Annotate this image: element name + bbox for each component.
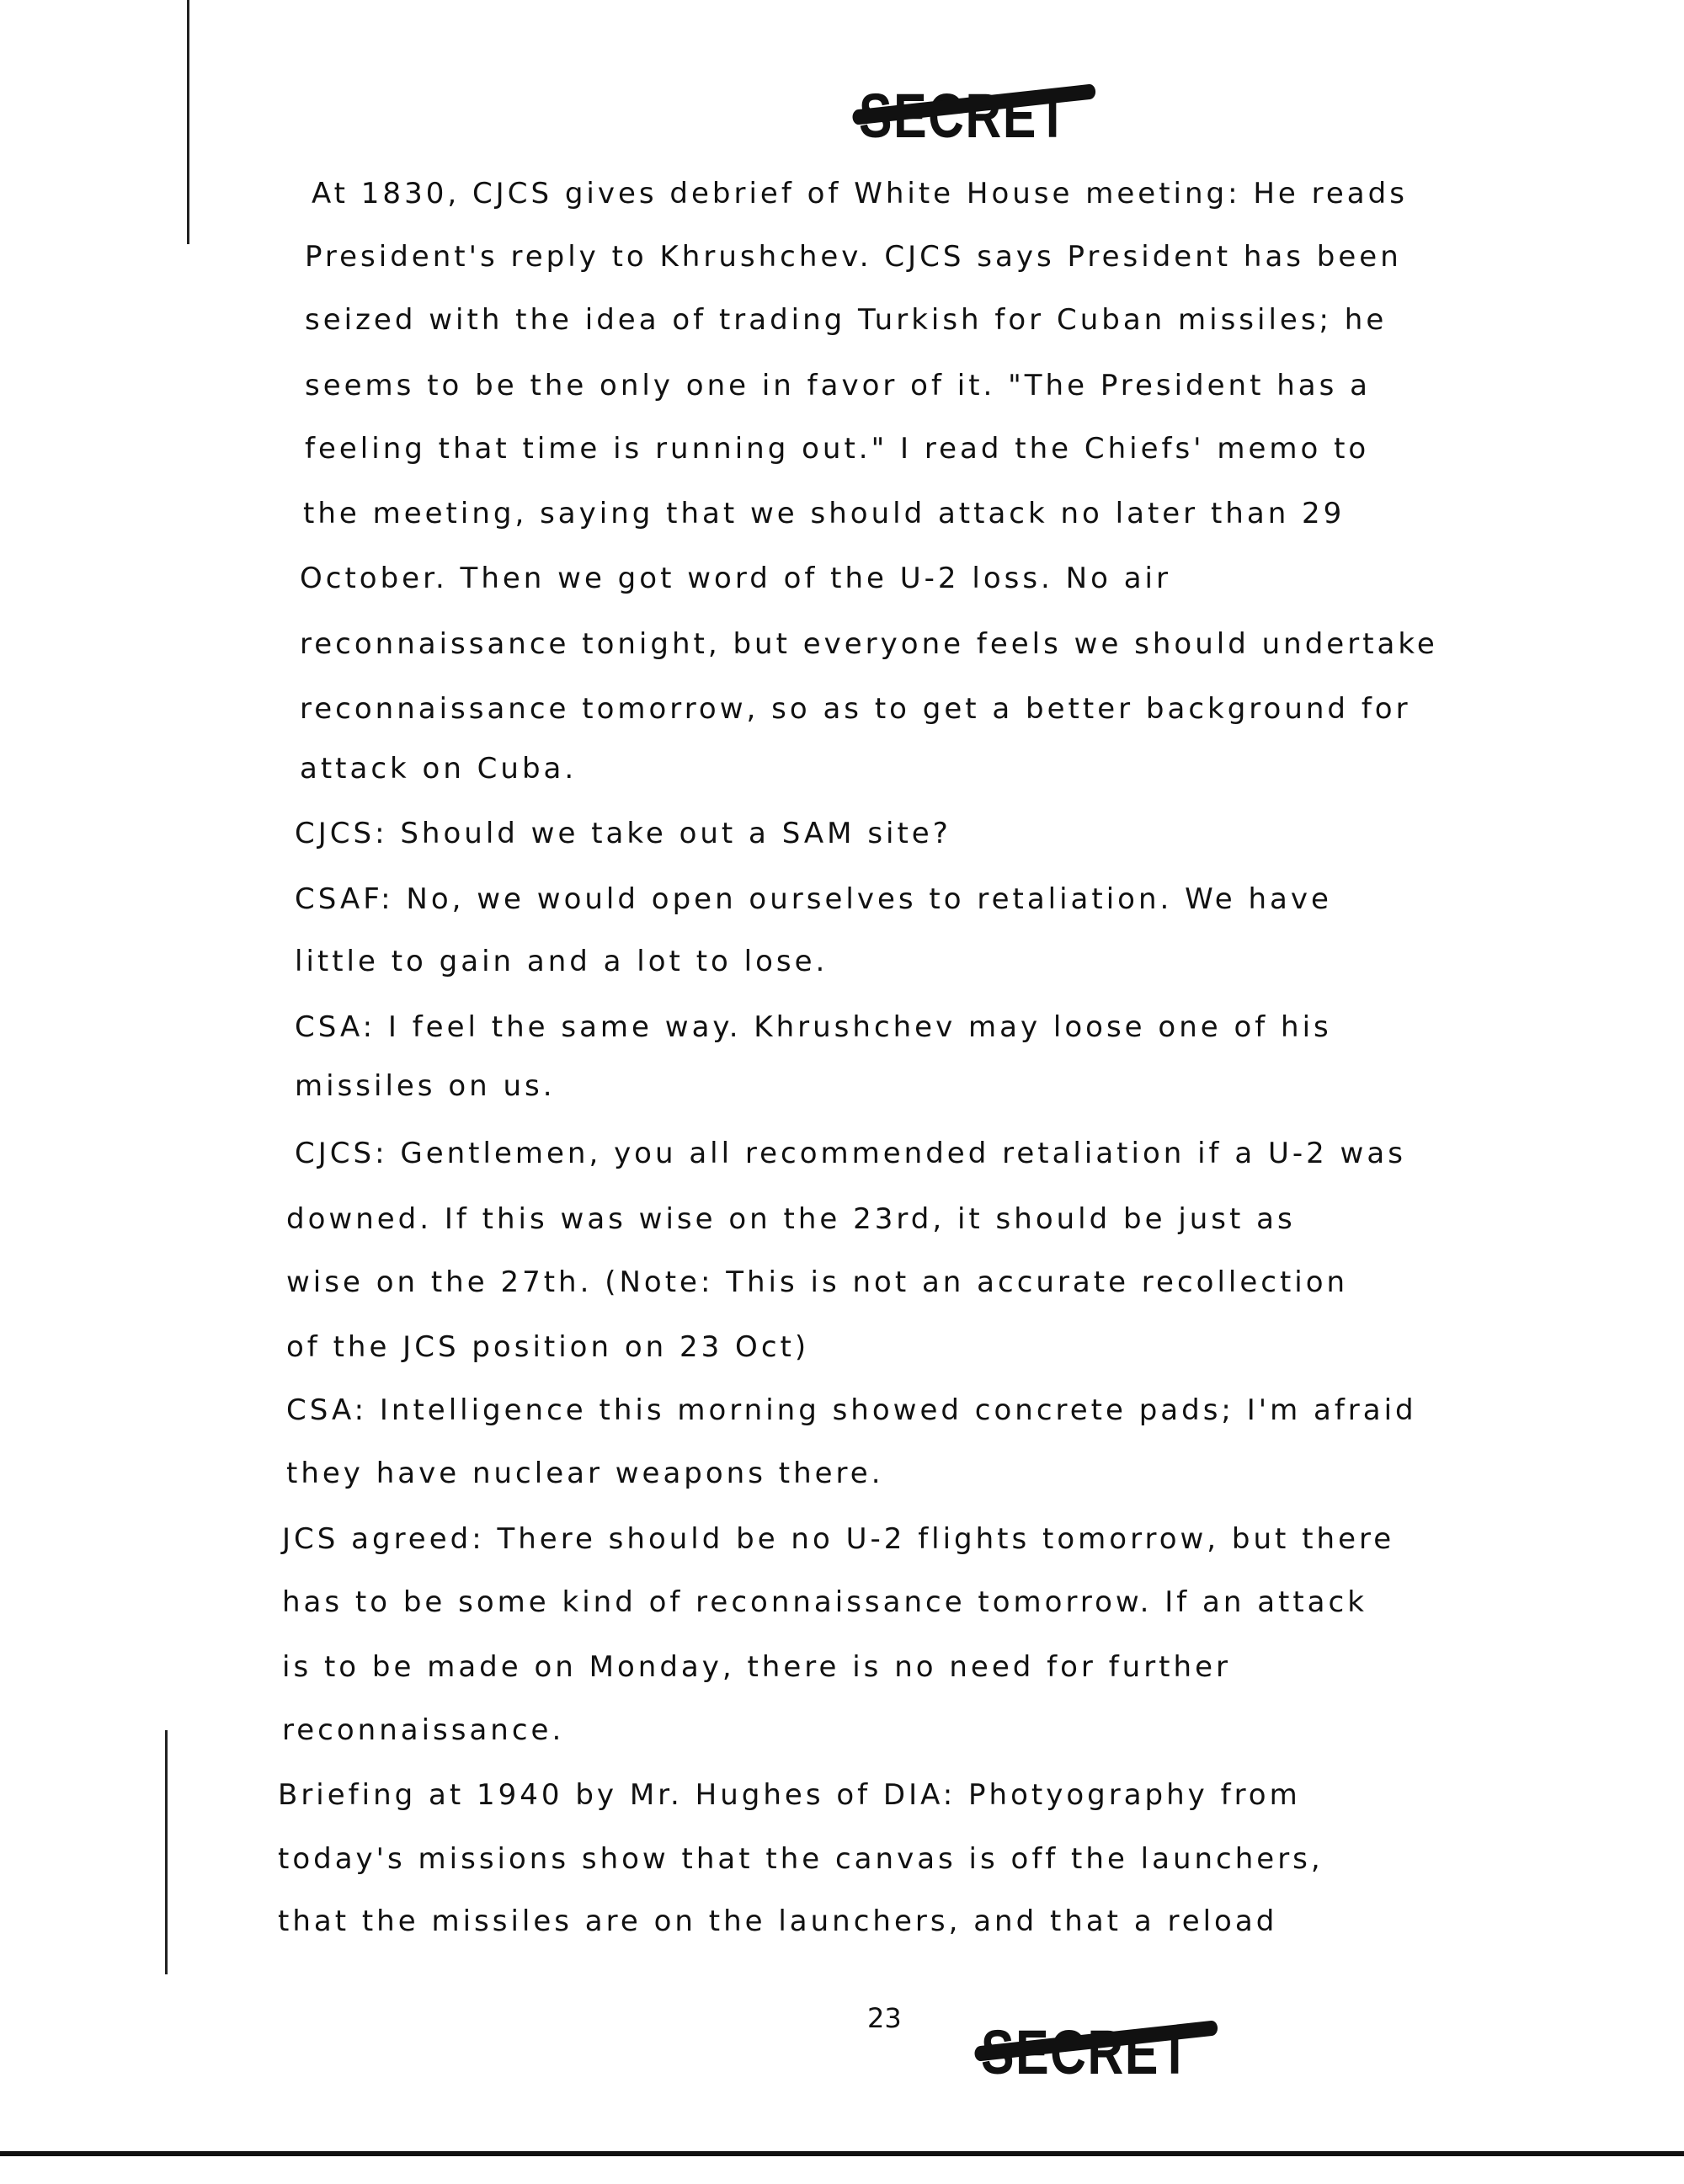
text-line: reconnaissance. [282,1713,564,1747]
secret-stamp-bottom: SECRET [981,2016,1191,2088]
page-bottom-edge [0,2151,1684,2156]
text-line: seized with the idea of trading Turkish … [305,303,1387,337]
text-line: CSAF: No, we would open ourselves to ret… [295,882,1332,916]
page-number: 23 [867,2002,902,2034]
text-line: wise on the 27th. (Note: This is not an … [286,1265,1348,1299]
secret-stamp-top: SECRET [859,80,1069,152]
text-line: reconnaissance tomorrow, so as to get a … [300,692,1411,726]
text-line: CSA: Intelligence this morning showed co… [286,1393,1417,1427]
text-line: October. Then we got word of the U-2 los… [300,562,1171,595]
text-line: JCS agreed: There should be no U-2 fligh… [282,1522,1394,1556]
text-line: Briefing at 1940 by Mr. Hughes of DIA: P… [278,1778,1301,1812]
text-line: feeling that time is running out." I rea… [305,432,1369,466]
text-line: CJCS: Should we take out a SAM site? [295,817,951,850]
text-line: downed. If this was wise on the 23rd, it… [286,1202,1296,1236]
text-line: reconnaissance tonight, but everyone fee… [300,627,1438,661]
margin-mark [187,0,189,244]
margin-mark [165,1730,168,1974]
text-line: attack on Cuba. [300,752,577,786]
text-line: CSA: I feel the same way. Khrushchev may… [295,1010,1332,1044]
text-line: seems to be the only one in favor of it.… [305,369,1371,402]
text-line: the meeting, saying that we should attac… [303,497,1345,530]
text-line: they have nuclear weapons there. [286,1457,884,1490]
text-line: CJCS: Gentlemen, you all recommended ret… [295,1137,1406,1170]
text-line: missiles on us. [295,1069,556,1103]
text-line: At 1830, CJCS gives debrief of White Hou… [312,177,1408,210]
text-line: has to be some kind of reconnaissance to… [282,1585,1367,1619]
text-line: that the missiles are on the launchers, … [278,1904,1277,1938]
text-line: little to gain and a lot to lose. [295,945,828,978]
text-line: is to be made on Monday, there is no nee… [282,1650,1231,1684]
text-line: President's reply to Khrushchev. CJCS sa… [305,240,1402,274]
text-line: today's missions show that the canvas is… [278,1842,1324,1876]
text-line: of the JCS position on 23 Oct) [286,1330,809,1364]
